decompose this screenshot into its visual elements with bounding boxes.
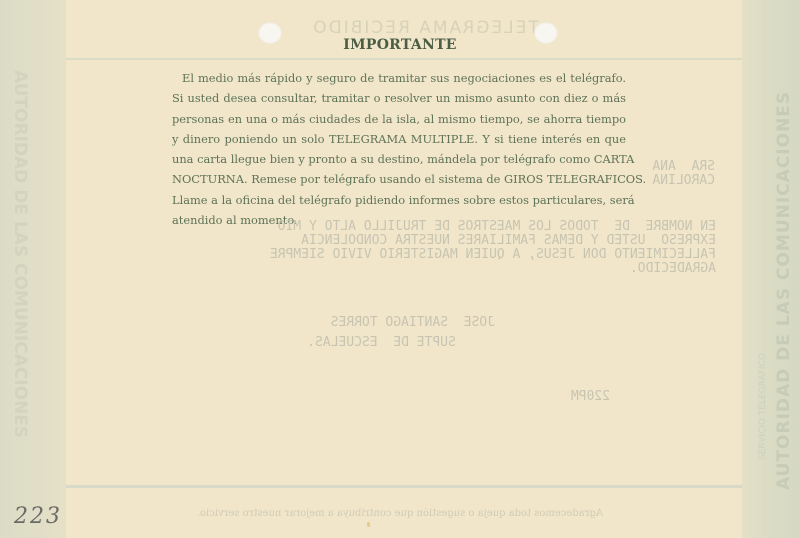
bleed-signature-line: JOSE SANTIAGO TORRES xyxy=(265,316,495,330)
top-rule xyxy=(66,58,742,60)
bleed-time: 220PM xyxy=(560,390,610,404)
bleed-message-line: EN NOMBRE DE TODOS LOS MAESTROS DE TRUJI… xyxy=(150,220,716,234)
bleed-message-line: EXPRESO USTED Y DEMAS FAMILIARES NUESTRA… xyxy=(150,234,716,248)
body-line: NOCTURNA. Remese por telégrafo usando el… xyxy=(172,169,626,189)
right-margin-band: AUTORIDAD DE LAS COMUNICACIONES SERVICIO… xyxy=(742,0,800,538)
right-margin-subtext: SERVICIO TELEGRAFICO xyxy=(758,260,768,460)
document-title: IMPORTANTE xyxy=(0,37,800,53)
footer-note-mirrored: Agradecemos toda queja o sugestión que c… xyxy=(130,508,670,519)
ghost-header-mirrored: TELEGRAMA RECIBIDO xyxy=(285,18,565,38)
body-line: una carta llegue bien y pronto a su dest… xyxy=(172,149,626,169)
instructions-paragraph: El medio más rápido y seguro de tramitar… xyxy=(172,68,626,230)
bleed-address: SRA ANACAROLINA xyxy=(645,160,715,188)
bleed-address-line: SRA ANA xyxy=(645,160,715,174)
body-line: El medio más rápido y seguro de tramitar… xyxy=(172,68,626,88)
left-margin-band: AUTORIDAD DE LAS COMUNICACIONES xyxy=(0,0,66,538)
body-line: Llame a la oficina del telégrafo pidiend… xyxy=(172,190,626,210)
bleed-message-line: AGRADECIDO. xyxy=(150,262,716,276)
bleed-message-line: FALLECIMIENTO DON JESUS, A QUIEN MAGISTE… xyxy=(150,248,716,262)
left-margin-text: AUTORIDAD DE LAS COMUNICACIONES xyxy=(10,70,30,490)
bleed-message: EN NOMBRE DE TODOS LOS MAESTROS DE TRUJI… xyxy=(150,220,716,276)
bleed-signature: JOSE SANTIAGO TORRES SUPTE DE ESCUELAS. xyxy=(265,316,495,350)
handwritten-number: 223 xyxy=(14,504,62,529)
body-line: personas en una o más ciudades de la isl… xyxy=(172,109,626,129)
bleed-address-line: CAROLINA xyxy=(645,174,715,188)
right-margin-text: AUTORIDAD DE LAS COMUNICACIONES xyxy=(774,40,794,490)
paper-stain xyxy=(367,522,370,527)
body-line: y dinero poniendo un solo TELEGRAMA MULT… xyxy=(172,129,626,149)
telegram-card: AUTORIDAD DE LAS COMUNICACIONES AUTORIDA… xyxy=(0,0,800,538)
bottom-rule xyxy=(66,485,742,488)
body-line: Si usted desea consultar, tramitar o res… xyxy=(172,88,626,108)
bleed-signature-line: SUPTE DE ESCUELAS. xyxy=(265,336,495,350)
